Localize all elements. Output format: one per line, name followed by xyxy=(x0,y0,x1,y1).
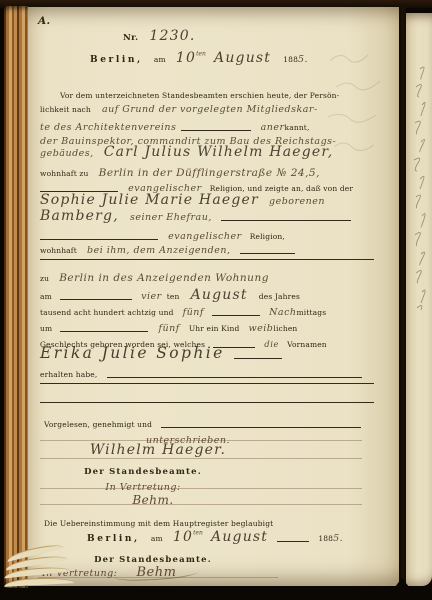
child-name-handwritten: Erika Julie Sophie xyxy=(40,344,225,362)
dateline-month-handwritten: August xyxy=(214,50,271,66)
birth-line-place: zu Berlin in des Anzeigenden Wohnung xyxy=(40,268,269,284)
printed-segment: Vornamen xyxy=(287,340,327,349)
script-segment: vier xyxy=(141,291,162,302)
script-segment: seiner Ehefrau, xyxy=(130,212,212,223)
printed-segment: erhalten habe, xyxy=(40,370,97,379)
blank-underline xyxy=(234,351,282,359)
blank-remark-rule-2 xyxy=(40,402,374,403)
mother-maiden-name-handwritten: Bamberg, xyxy=(40,208,119,224)
dateline-year-handwritten: 5. xyxy=(298,54,308,65)
printed-segment: um xyxy=(40,324,52,333)
nr-value-handwritten: 1230. xyxy=(149,28,195,44)
printed-segment: am xyxy=(40,292,52,301)
father-name-handwritten: Carl Julius Wilhelm Haeger, xyxy=(104,144,334,160)
intro-line-2: lichkeit nach auf Grund der vorgelegten … xyxy=(40,99,318,115)
registrar-title-1: Der Standesbeamte. xyxy=(68,461,218,477)
dateline-am: am xyxy=(154,55,166,64)
intro-line-9: Bamberg, seiner Ehefrau, xyxy=(40,207,351,223)
blank-underline xyxy=(277,534,309,542)
blank-underline xyxy=(181,123,251,131)
blank-underline xyxy=(221,213,351,221)
printed-segment: Der Standesbeamte. xyxy=(84,467,202,477)
dateline-day-handwritten: 10 xyxy=(176,50,196,66)
script-segment: Berlin in des Anzeigenden Wohnung xyxy=(59,272,269,284)
adjacent-page-handwriting xyxy=(406,65,432,315)
printed-segment: lichkeit nach xyxy=(40,105,91,114)
printed-segment: Die Uebereinstimmung mit dem Hauptregist… xyxy=(44,519,273,528)
blank-underline xyxy=(40,232,158,240)
dateline: Berlin, am 10ten August 1885. xyxy=(90,49,308,65)
blank-remark-rule-1 xyxy=(40,383,374,384)
blank-underline xyxy=(107,370,362,378)
section-divider-rule xyxy=(40,259,374,260)
printed-segment: lichen xyxy=(273,324,297,333)
intro-line-11: wohnhaft bei ihm, dem Anzeigenden, xyxy=(40,240,295,256)
vorgelesen-line: Vorgelesen, genehmigt und xyxy=(44,414,361,430)
script-segment: weib xyxy=(249,323,274,334)
record-number-line: Nr. 1230. xyxy=(123,27,196,43)
blank-underline xyxy=(161,420,361,428)
script-segment: bei ihm, dem Anzeigenden, xyxy=(87,245,231,256)
cert-month-handwritten: August xyxy=(211,529,268,545)
printed-segment: tausend acht hundert achtzig und xyxy=(40,308,174,317)
script-segment: fünf xyxy=(158,323,179,334)
signature-ruled-line xyxy=(40,458,362,459)
page-letter-text: A. xyxy=(38,15,50,27)
dateline-day-suffix: ten xyxy=(196,51,206,58)
signature-handwritten: Wilhelm Haeger. xyxy=(90,442,226,458)
page-letter: A. xyxy=(38,11,50,27)
dateline-city: Berlin, xyxy=(90,55,143,65)
blank-underline xyxy=(60,292,132,300)
ink-showthrough-marks xyxy=(324,43,394,173)
book-spine-page-stack xyxy=(4,6,28,588)
blank-underline xyxy=(60,324,148,332)
cert-day-suffix: ten xyxy=(193,530,203,537)
signature-handwritten: Behm. xyxy=(132,493,173,507)
script-segment: Nach xyxy=(269,307,296,318)
printed-segment: zu xyxy=(40,274,49,283)
printed-segment: wohnhaft zu xyxy=(40,169,89,178)
certification-dateline: Berlin, am 10ten August 1885. xyxy=(87,528,343,544)
adjacent-page-edge xyxy=(406,13,432,586)
blank-underline xyxy=(240,246,295,254)
registrar-signature-1: Behm. xyxy=(88,491,218,507)
child-name-line: Erika Julie Sophie xyxy=(40,345,282,362)
printed-segment: Uhr ein Kind xyxy=(189,324,240,333)
intro-line-6: wohnhaft zu Berlin in der Düfflingerstra… xyxy=(40,163,320,179)
script-segment: gebäudes, xyxy=(40,148,94,159)
cert-am: am xyxy=(151,534,163,543)
mother-name-handwritten: Sophie Julie Marie Haeger xyxy=(40,192,259,208)
script-segment: fünf xyxy=(183,307,204,318)
cert-city: Berlin, xyxy=(87,534,140,544)
certification-statement: Die Uebereinstimmung mit dem Hauptregist… xyxy=(44,513,273,529)
intro-line-5-father-name: gebäudes, Carl Julius Wilhelm Haeger, xyxy=(40,143,333,159)
dateline-year-printed: 188 xyxy=(283,55,298,64)
photographed-register-book: A. Nr. 1230. Berlin, am 10ten August 188… xyxy=(0,0,432,600)
printed-segment: Vorgelesen, genehmigt und xyxy=(44,420,152,429)
erhalten-habe-line: erhalten habe, xyxy=(40,364,362,380)
cert-day-handwritten: 10 xyxy=(173,529,193,545)
cert-year-handwritten: 5. xyxy=(333,533,343,544)
script-segment: August xyxy=(191,287,248,303)
register-form-page: A. Nr. 1230. Berlin, am 10ten August 188… xyxy=(28,7,399,586)
father-signature: Wilhelm Haeger. xyxy=(68,441,248,457)
intro-line-8-mother-name: Sophie Julie Marie Haeger geborenen xyxy=(40,191,325,207)
nr-label: Nr. xyxy=(123,33,138,43)
printed-segment: mittags xyxy=(297,308,327,317)
printed-segment: wohnhaft xyxy=(40,246,77,255)
cert-year-printed: 188 xyxy=(318,534,333,543)
blank-underline xyxy=(212,308,260,316)
script-segment: geborenen xyxy=(269,196,325,207)
page-gutter-crease xyxy=(399,7,406,586)
script-segment: auf Grund der vorgelegten Mitgliedskar- xyxy=(102,104,318,115)
